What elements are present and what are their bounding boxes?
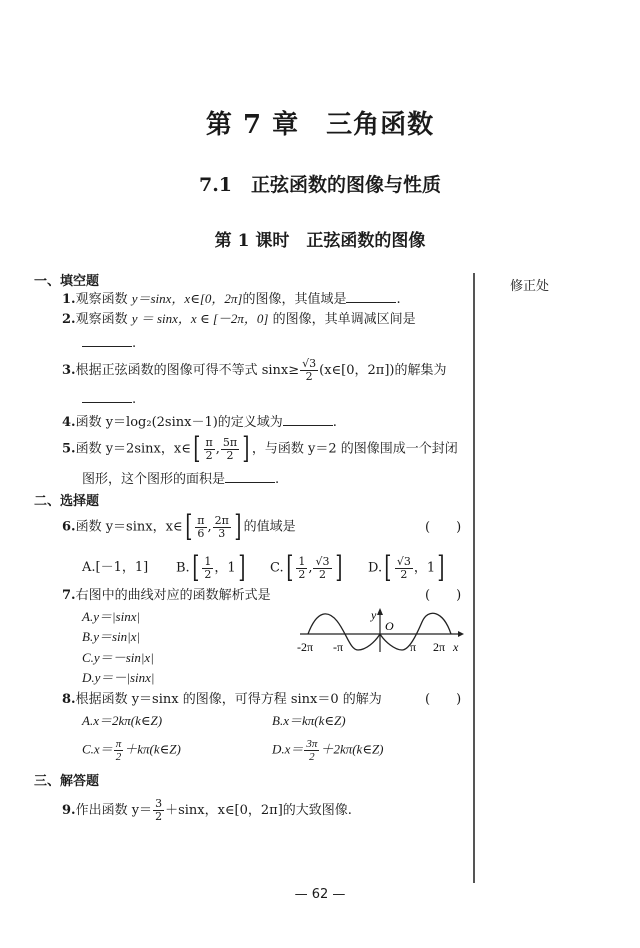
question-text: 函数 y＝sinx，x∈ xyxy=(76,520,183,535)
question-5-line-2: 图形，这个图形的面积是. xyxy=(82,470,279,488)
fraction: 3π2 xyxy=(304,738,319,763)
right-bracket: ] xyxy=(437,553,444,583)
numerator: 1 xyxy=(202,556,213,569)
option-d[interactable]: D.x＝3π2＋2kπ(k∈Z) xyxy=(272,738,384,763)
denominator: 6 xyxy=(195,528,206,540)
period: . xyxy=(333,415,337,430)
numerator: √3 xyxy=(313,556,331,569)
numerator: π xyxy=(195,515,206,528)
question-text: 的值域是 xyxy=(244,520,296,535)
question-text: 右图中的曲线对应的函数解析式是 xyxy=(76,588,271,603)
question-text: 根据函数 y＝sinx 的图像，可得方程 sinx＝0 的解为 xyxy=(76,692,382,707)
x-axis-label: x xyxy=(452,640,459,654)
right-bracket: ] xyxy=(234,512,241,542)
math-expression: y＝sinx，x∈[0，2π] xyxy=(132,291,243,306)
question-8: 8.根据函数 y＝sinx 的图像，可得方程 sinx＝0 的解为 xyxy=(62,692,382,708)
section-heading-fill-blank: 一、填空题 xyxy=(34,270,99,289)
right-bracket: ] xyxy=(238,553,245,583)
option-b[interactable]: B.[12，1] xyxy=(176,553,247,583)
sine-graph: y O -2π -π π 2π x xyxy=(295,608,465,660)
option-text: ＋2kπ(k∈Z) xyxy=(320,741,383,756)
option-label: B. xyxy=(176,561,190,576)
option-text: D.x＝ xyxy=(272,741,303,756)
answer-blank[interactable] xyxy=(283,413,333,426)
tick-label: -2π xyxy=(297,640,313,654)
denominator: 2 xyxy=(395,569,413,581)
numerator: 2π xyxy=(213,515,231,528)
question-number: 3. xyxy=(62,363,76,378)
question-9: 9.作出函数 y＝32＋sinx，x∈[0，2π]的大致图像. xyxy=(62,798,352,823)
numerator: π xyxy=(204,437,215,450)
fraction: π6 xyxy=(195,515,206,540)
option-c[interactable]: C.y＝－sin|x| xyxy=(82,650,154,666)
fraction: π2 xyxy=(114,738,124,763)
period: . xyxy=(132,392,136,407)
option-c[interactable]: C.[12,√32] xyxy=(270,553,344,583)
question-number: 1. xyxy=(62,292,76,307)
numerator: √3 xyxy=(395,556,413,569)
answer-blank[interactable] xyxy=(82,390,132,403)
option-text: C.x＝ xyxy=(82,741,113,756)
chapter-title: 第 7 章 三角函数 xyxy=(0,104,640,141)
question-number: 7. xyxy=(62,588,76,603)
answer-blank[interactable] xyxy=(82,334,132,347)
option-d[interactable]: D.[√32，1] xyxy=(368,553,447,583)
numerator: π xyxy=(114,738,124,751)
denominator: 2 xyxy=(153,811,164,823)
option-text: [－1，1] xyxy=(96,560,149,575)
option-d[interactable]: D.y＝－|sinx| xyxy=(82,670,155,686)
numerator: 3π xyxy=(304,738,319,751)
question-text: (x∈[0，2π])的解集为 xyxy=(319,363,446,378)
option-b[interactable]: B.x＝kπ(k∈Z) xyxy=(272,713,346,729)
question-2-blank-line: . xyxy=(82,334,136,352)
answer-paren[interactable]: ( ) xyxy=(425,588,461,604)
denominator: 2 xyxy=(204,450,215,462)
period: . xyxy=(132,336,136,351)
denominator: 2 xyxy=(114,751,124,763)
option-a[interactable]: A.x＝2kπ(k∈Z) xyxy=(82,713,162,729)
denominator: 2 xyxy=(221,450,239,462)
fraction: π2 xyxy=(204,437,215,462)
option-a[interactable]: A.[－1，1] xyxy=(82,560,148,576)
denominator: 3 xyxy=(213,528,231,540)
question-text: 的图像，其值域是 xyxy=(242,292,346,307)
denominator: 2 xyxy=(313,569,331,581)
option-text: ，1 xyxy=(414,561,435,576)
question-4: 4.函数 y＝log₂(2sinx－1)的定义域为. xyxy=(62,413,337,431)
right-bracket: ] xyxy=(335,553,342,583)
fraction: 32 xyxy=(153,798,164,823)
x-axis-arrow-icon xyxy=(458,631,464,637)
option-label: D. xyxy=(368,561,382,576)
origin-label: O xyxy=(385,619,394,633)
numerator: 5π xyxy=(221,437,239,450)
question-text: 根据正弦函数的图像可得不等式 sinx≥ xyxy=(76,363,300,378)
question-1: 1.观察函数 y＝sinx，x∈[0，2π]的图像，其值域是. xyxy=(62,290,401,308)
left-bracket: [ xyxy=(384,553,391,583)
option-text: ，1 xyxy=(214,561,235,576)
question-text: 图形，这个图形的面积是 xyxy=(82,472,225,487)
option-a[interactable]: A.y＝|sinx| xyxy=(82,609,140,625)
question-7: 7.右图中的曲线对应的函数解析式是 xyxy=(62,588,271,604)
question-2: 2.观察函数 y ＝ sinx，x ∈ [－2π，0] 的图像，其单调减区间是 xyxy=(62,311,416,328)
denominator: 2 xyxy=(296,569,307,581)
answer-blank[interactable] xyxy=(346,290,396,303)
section-heading-multiple-choice: 二、选择题 xyxy=(34,490,99,509)
option-label: A. xyxy=(82,560,96,575)
question-text: 观察函数 xyxy=(76,312,132,327)
option-c[interactable]: C.x＝π2＋kπ(k∈Z) xyxy=(82,738,181,763)
question-3-blank-line: . xyxy=(82,390,136,408)
question-5: 5.函数 y＝2sinx，x∈[π2,5π2]，与函数 y＝2 的图像围成一个封… xyxy=(62,434,458,464)
fraction: 2π3 xyxy=(213,515,231,540)
question-text: 作出函数 y＝ xyxy=(76,803,152,818)
denominator: 2 xyxy=(202,569,213,581)
question-number: 2. xyxy=(62,312,76,327)
option-b[interactable]: B.y＝sin|x| xyxy=(82,629,140,645)
denominator: 2 xyxy=(304,751,319,763)
period: . xyxy=(275,472,279,487)
y-axis-arrow-icon xyxy=(377,608,383,615)
math-expression: y ＝ sinx，x ∈ [－2π，0] xyxy=(132,311,269,326)
question-number: 8. xyxy=(62,692,76,707)
option-text: ＋kπ(k∈Z) xyxy=(124,741,181,756)
question-text: 的图像，其单调减区间是 xyxy=(268,312,415,327)
question-text: 函数 y＝2sinx，x∈ xyxy=(76,442,191,457)
question-number: 4. xyxy=(62,415,76,430)
left-bracket: [ xyxy=(185,512,192,542)
fraction: √32 xyxy=(313,556,331,581)
y-axis-label: y xyxy=(370,608,377,622)
question-text: 函数 y＝log₂(2sinx－1)的定义域为 xyxy=(76,415,283,430)
question-number: 6. xyxy=(62,520,76,535)
fraction: 5π2 xyxy=(221,437,239,462)
margin-label: 修正处 xyxy=(510,275,549,294)
question-number: 9. xyxy=(62,803,76,818)
question-3: 3.根据正弦函数的图像可得不等式 sinx≥√32(x∈[0，2π])的解集为 xyxy=(62,358,446,383)
option-label: C. xyxy=(270,561,284,576)
margin-divider xyxy=(473,273,475,883)
numerator: 1 xyxy=(296,556,307,569)
tick-label: 2π xyxy=(433,640,445,654)
tick-label: π xyxy=(410,640,416,654)
fraction: 12 xyxy=(202,556,213,581)
fraction: √32 xyxy=(395,556,413,581)
question-text: ＋sinx，x∈[0，2π]的大致图像. xyxy=(165,803,352,818)
question-6: 6.函数 y＝sinx，x∈[π6,2π3]的值域是 xyxy=(62,512,296,542)
left-bracket: [ xyxy=(286,553,293,583)
answer-blank[interactable] xyxy=(225,470,275,483)
question-text: 观察函数 xyxy=(76,292,132,307)
lesson-title: 第 1 课时 正弦函数的图像 xyxy=(0,226,640,251)
denominator: 2 xyxy=(300,371,318,383)
left-bracket: [ xyxy=(193,434,200,464)
section-title: 7.1 正弦函数的图像与性质 xyxy=(0,170,640,197)
answer-paren[interactable]: ( ) xyxy=(425,692,461,708)
left-bracket: [ xyxy=(192,553,199,583)
section-heading-free-response: 三、解答题 xyxy=(34,770,99,789)
question-text: ，与函数 y＝2 的图像围成一个封闭 xyxy=(252,442,458,457)
page-number: — 62 — xyxy=(0,887,640,902)
fraction: √32 xyxy=(300,358,318,383)
right-bracket: ] xyxy=(243,434,250,464)
fraction: 12 xyxy=(296,556,307,581)
answer-paren[interactable]: ( ) xyxy=(425,520,461,536)
tick-label: -π xyxy=(333,640,343,654)
question-number: 5. xyxy=(62,442,76,457)
period: . xyxy=(396,292,400,307)
